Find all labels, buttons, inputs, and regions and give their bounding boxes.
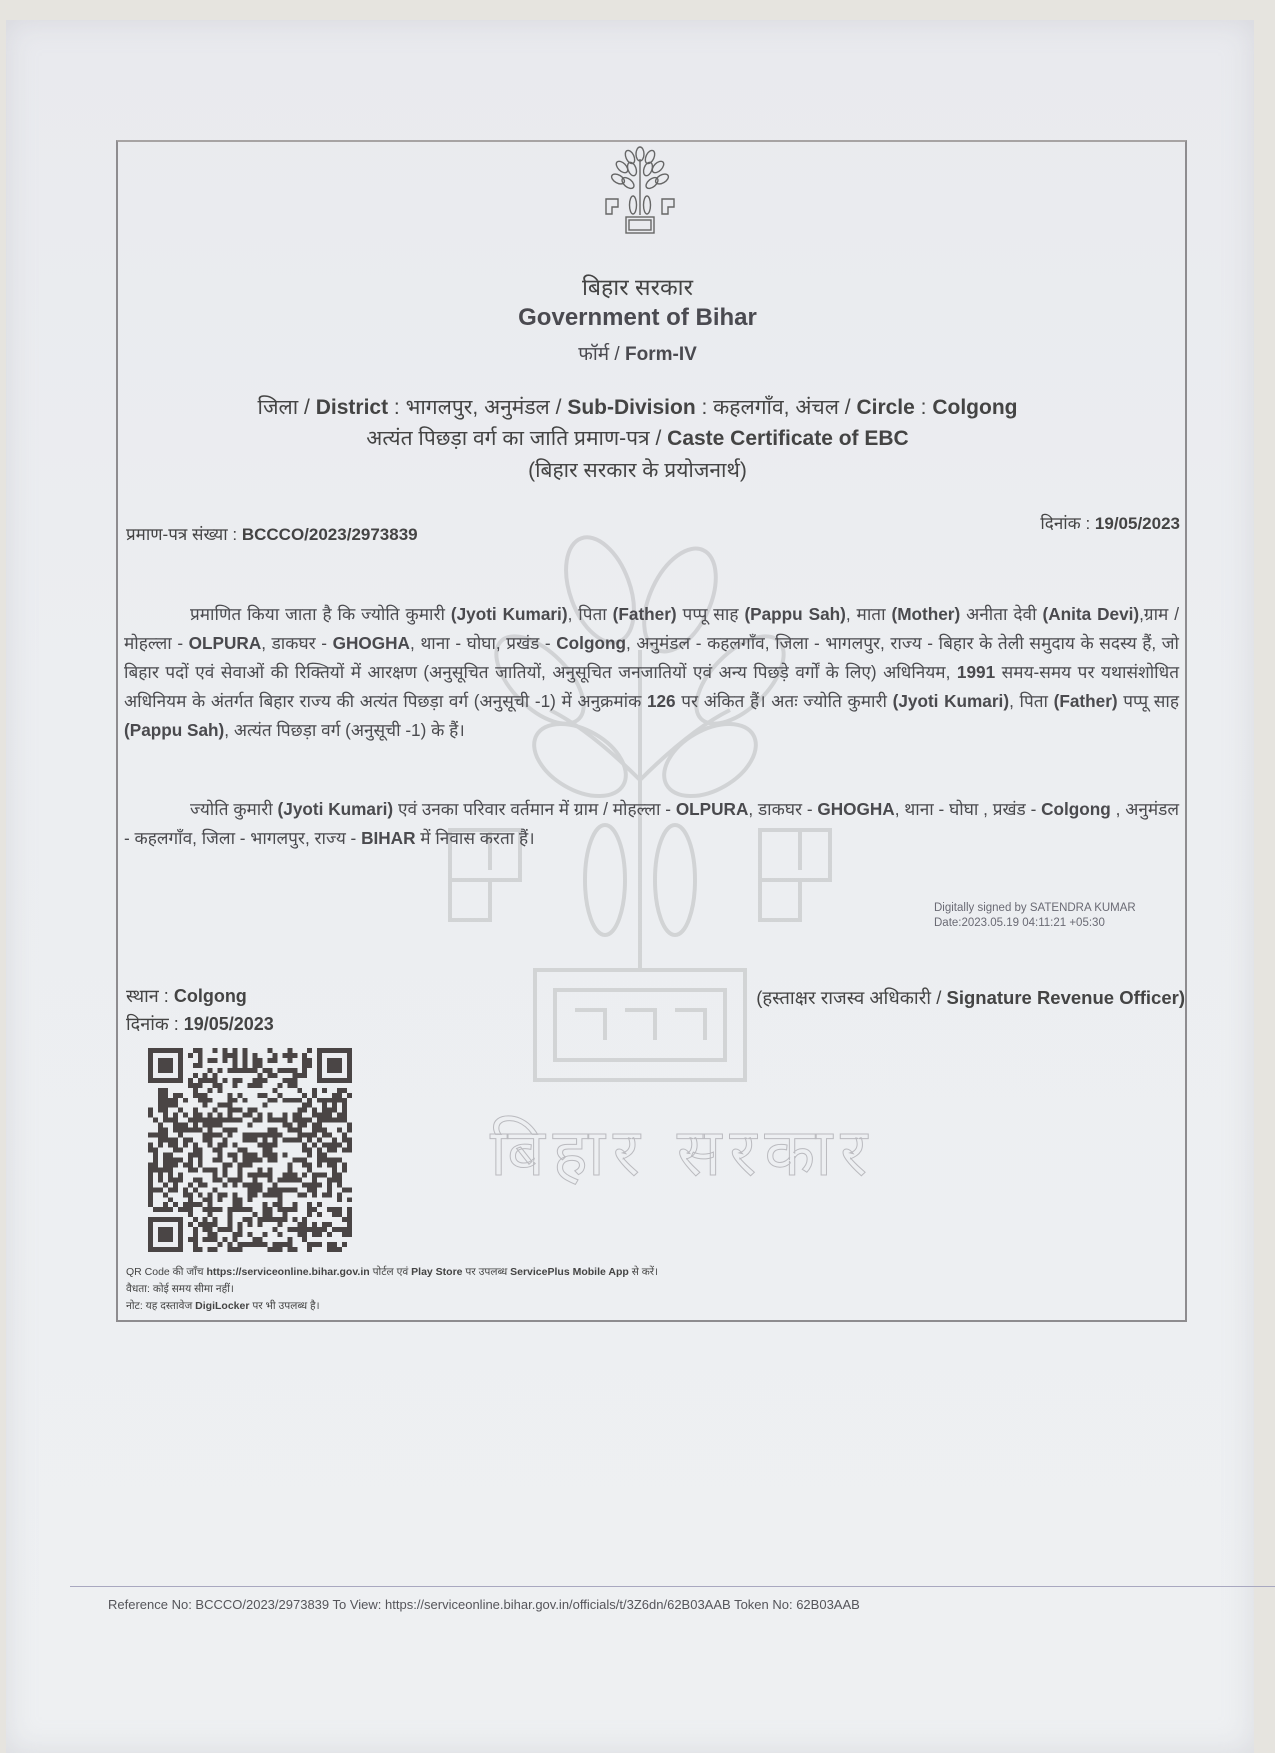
residence-paragraph: ज्योति कुमारी (Jyoti Kumari) एवं उनका पर…: [124, 795, 1179, 853]
certificate-purpose: (बिहार सरकार के प्रयोजनार्थ): [0, 456, 1275, 484]
watermark-text: बिहार सरकार: [490, 1105, 875, 1195]
district-value: भागलपुर: [406, 396, 473, 419]
signature-label: (हस्ताक्षर राजस्व अधिकारी / Signature Re…: [756, 985, 1185, 1010]
qr-notes: QR Code की जाँच https://serviceonline.bi…: [126, 1264, 658, 1315]
subdivision-value: कहलगाँव: [713, 396, 783, 419]
issue-date-label: दिनांक :: [1040, 514, 1090, 533]
form-number: फॉर्म / Form-IV: [0, 340, 1275, 366]
digital-signature-date: Date:2023.05.19 04:11:21 +05:30: [934, 916, 1136, 931]
certificate-title-english: Caste Certificate of EBC: [667, 427, 909, 450]
certificate-title-hindi: अत्यंत पिछड़ा वर्ग का जाति प्रमाण-पत्र: [366, 427, 649, 450]
validity-note: वैधता: कोई समय सीमा नहीं।: [126, 1281, 658, 1298]
certificate-number-label: प्रमाण-पत्र संख्या :: [126, 525, 237, 544]
qr-code-icon: [145, 1048, 355, 1252]
signature-label-english: Signature Revenue Officer): [946, 987, 1185, 1008]
district-label: District: [316, 396, 388, 419]
digital-signature: Digitally signed by SATENDRA KUMAR Date:…: [934, 901, 1136, 931]
digital-signature-signer: Digitally signed by SATENDRA KUMAR: [934, 901, 1136, 916]
place-line: स्थान : Colgong: [126, 982, 274, 1010]
date-value: 19/05/2023: [184, 1014, 274, 1034]
date-line: दिनांक : 19/05/2023: [126, 1010, 274, 1038]
jurisdiction-line: जिला / District : भागलपुर, अनुमंडल / Sub…: [0, 393, 1275, 421]
bihar-government-emblem-icon: [600, 145, 680, 241]
district-label-hindi: जिला: [258, 396, 299, 419]
qr-verification-note: QR Code की जाँच https://serviceonline.bi…: [126, 1264, 658, 1281]
certificate-number: प्रमाण-पत्र संख्या : BCCCO/2023/2973839: [126, 522, 418, 545]
reference-line: Reference No: BCCCO/2023/2973839 To View…: [108, 1597, 860, 1612]
circle-value: Colgong: [932, 396, 1017, 419]
certificate-number-value: BCCCO/2023/2973839: [242, 525, 418, 544]
header-title-hindi: बिहार सरकार: [0, 270, 1275, 302]
circle-label: Circle: [856, 396, 914, 419]
issue-date: दिनांक : 19/05/2023: [1040, 511, 1180, 534]
place-date-block: स्थान : Colgong दिनांक : 19/05/2023: [126, 982, 274, 1038]
header-title-english: Government of Bihar: [0, 304, 1275, 332]
certificate-title: अत्यंत पिछड़ा वर्ग का जाति प्रमाण-पत्र /…: [0, 424, 1275, 452]
subdivision-label: Sub-Division: [567, 396, 695, 419]
form-label-hindi: फॉर्म: [578, 344, 609, 365]
signature-label-hindi: (हस्ताक्षर राजस्व अधिकारी /: [756, 987, 941, 1008]
subdivision-label-hindi: अनुमंडल: [484, 396, 550, 419]
form-label-english: Form-IV: [625, 344, 697, 365]
digilocker-note: नोट: यह दस्तावेज DigiLocker पर भी उपलब्ध…: [126, 1298, 658, 1315]
issue-date-value: 19/05/2023: [1095, 514, 1180, 533]
certification-paragraph: प्रमाणित किया जाता है कि ज्योति कुमारी (…: [124, 600, 1179, 745]
place-value: Colgong: [174, 986, 247, 1006]
footer-divider: [70, 1586, 1275, 1587]
circle-label-hindi: अंचल: [795, 396, 839, 419]
